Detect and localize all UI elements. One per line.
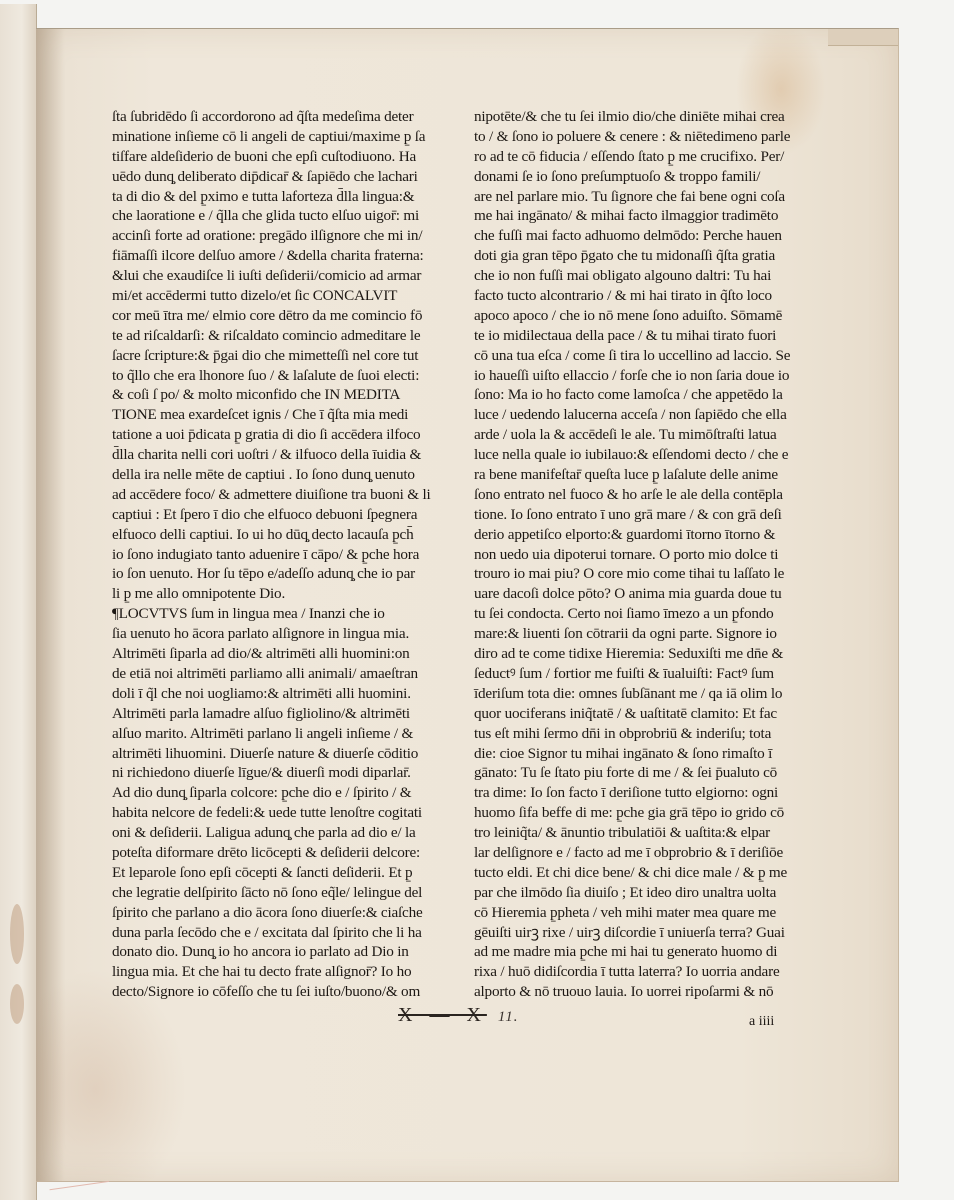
text-line: are nel parlare mio. Tu ſignore che fai … (474, 187, 834, 207)
text-line: te io midilectaua della pace / & tu miha… (474, 326, 834, 346)
adjacent-leaf-edge (0, 4, 37, 1200)
text-line: accinſi forte ad oratione: pregādo ilſig… (112, 226, 472, 246)
text-line: luce / uedendo lalucerna acceſa / non ſa… (474, 405, 834, 425)
text-line: poteſta diformare drēto licōcepti & deſi… (112, 843, 472, 863)
text-line: duna parla ſecōdo che e / excitata dal ſ… (112, 923, 472, 943)
text-line: ta di dio & del p̱ximo e tutta laforteza… (112, 187, 472, 207)
text-line: gēuiſti uirꝫ rixe / uirꝫ diſcordie ī uni… (474, 923, 834, 943)
text-line: quor uociferans iniq̃tatē / & uaſtitatē … (474, 704, 834, 724)
text-line: ſpirito che parlano a dio ācora ſono diu… (112, 903, 472, 923)
text-line: io ſono indugiato tanto aduenire ī cāpo/… (112, 545, 472, 565)
text-line: elfuoco delli captiui. Io ui ho dūq̧ dec… (112, 525, 472, 545)
text-line: tiſfare aldeſiderio de buoni che epſi cu… (112, 147, 472, 167)
text-line: tro leiniq̃ta/ & ānuntio tribulatiōi & u… (474, 823, 834, 843)
manuscript-annotation: X — X 11. (398, 1004, 519, 1027)
loose-thread (50, 1181, 111, 1200)
text-line: alſuo marito. Altrimēti parlano li angel… (112, 724, 472, 744)
text-line: facto tucto alcontrario / & mi hai tirat… (474, 286, 834, 306)
text-line: tus eſt mihi ſermo dn̄i in obprobriū & i… (474, 724, 834, 744)
left-text-column: ſta ſubridēdo ſi accordorono ad q̃ſta me… (112, 107, 472, 1002)
text-line: che fuſſi mai facto adhuomo delmōdo: Per… (474, 226, 834, 246)
text-line: ſono: Ma io ho facto come lamoſca / che … (474, 385, 834, 405)
text-line: uēdo dunq̧ deliberato dip̄dicar̄ & ſapiē… (112, 167, 472, 187)
text-line: cō Hieremia p̱pheta / veh mihi mater mea… (474, 903, 834, 923)
text-line: lar delſignore e / facto ad me ī obprobr… (474, 843, 834, 863)
text-line: fiāmaſſi ilcore delſuo amore / &della ch… (112, 246, 472, 266)
text-line: ad accēdere foco/ & admettere diuiſione … (112, 485, 472, 505)
text-line: de etiā noi altrimēti parliamo alli anim… (112, 664, 472, 684)
text-line: &lui che exaudiſce li iuſti deſiderii/co… (112, 266, 472, 286)
text-line: habita nelcore de fedeli:& uede tutte le… (112, 803, 472, 823)
text-line: nipotēte/& che tu ſei ilmio dio/che dini… (474, 107, 834, 127)
text-line: me hai ingānato/ & mihai facto ilmaggior… (474, 206, 834, 226)
text-line: Ad dio dunq̧ ſiparla colcore: p̱che dio … (112, 783, 472, 803)
text-line: arde / uola la & accēdeſi le ale. Tu mim… (474, 425, 834, 445)
text-line: doti gia gran tēpo p̄gato che tu midonaſ… (474, 246, 834, 266)
text-line: io haueſſi uiſto ellaccio / forſe che io… (474, 366, 834, 386)
text-line: che io non fuſſi mai obligato algouno da… (474, 266, 834, 286)
text-line: decto/Signore io cōfeſſo che tu ſei iuſt… (112, 982, 472, 1002)
text-line: io ſon uenuto. Hor ſu tēpo e/adeſſo adun… (112, 564, 472, 584)
text-line: ſeductꝰ ſum / fortior me fuiſti & īualui… (474, 664, 834, 684)
text-line: par che ilmōdo ſia diuiſo ; Et ideo diro… (474, 883, 834, 903)
text-line: ſia uenuto ho ācora parlato alſignore in… (112, 624, 472, 644)
text-line: doli ī q̃l che noi uogliamo:& altrimēti … (112, 684, 472, 704)
text-line: apoco apoco / che io nō mene ſono aduiſt… (474, 306, 834, 326)
text-line: donato dio. Dunq̧ io ho ancora io parlat… (112, 942, 472, 962)
text-line: to q̃llo che era lhonore ſuo / & laſalut… (112, 366, 472, 386)
text-line: rixa / huō didiſcordia ī tutta laterra? … (474, 962, 834, 982)
text-line: che legratie delſpirito ſācto nō ſono eq… (112, 883, 472, 903)
struck-mark: X — X (398, 1004, 487, 1026)
right-text-column: nipotēte/& che tu ſei ilmio dio/che dini… (474, 107, 834, 1002)
text-line: ad me madre mia p̱che mi hai tu generato… (474, 942, 834, 962)
text-line: lingua mia. Et che hai tu decto frate al… (112, 962, 472, 982)
foxing-stain (10, 984, 24, 1024)
text-line: derio appetiſco elporto:& guardomi ītorn… (474, 525, 834, 545)
text-line: oni & deſiderii. Laligua adunq̧ che parl… (112, 823, 472, 843)
handwritten-number: 11. (498, 1009, 519, 1025)
text-line: mi/et accēdermi tutto dizelo/et ſic CONC… (112, 286, 472, 306)
text-line: donami ſe io ſono preſumptuoſo & troppo … (474, 167, 834, 187)
text-line: tatione a uoi p̄dicata p̱ gratia di dio … (112, 425, 472, 445)
text-line: TIONE mea exardeſcet ignis / Che ī q̃ſta… (112, 405, 472, 425)
text-line: tione. Io ſono entrato ī uno grā mare / … (474, 505, 834, 525)
text-line: mare:& liuenti ſon cōtrarii da ogni part… (474, 624, 834, 644)
text-line: Altrimēti ſiparla ad dio/& altrimēti all… (112, 644, 472, 664)
text-line: cor meū ītra me/ elmio core dētro da me … (112, 306, 472, 326)
text-line: trouro io mai piu? O core mio come tihai… (474, 564, 834, 584)
text-line: ſacre ſcripture:& p̄gai dio che mimetteſ… (112, 346, 472, 366)
corner-fold (828, 29, 898, 46)
text-line: li p̱ me allo omnipotente Dio. (112, 584, 472, 604)
foxing-stain (10, 904, 24, 964)
text-line: gānato: Tu ſe ſtato piu forte di me / & … (474, 763, 834, 783)
text-line: d̄lla charita nelli cori uoſtri / & ilfu… (112, 445, 472, 465)
text-line: captiui : Et ſpero ī dio che elfuoco deb… (112, 505, 472, 525)
text-line: tucto eldi. Et chi dice bene/ & chi dice… (474, 863, 834, 883)
text-line: īderiſum tota die: omnes ſubſānant me / … (474, 684, 834, 704)
text-line: ni richiedono diuerſe līgue/& diuerſi mo… (112, 763, 472, 783)
text-line: luce nella quale io iubilauo:& eſſendomi… (474, 445, 834, 465)
text-line: te ad riſcaldarſi: & riſcaldato comincio… (112, 326, 472, 346)
text-line: minatione inſieme cō li angeli de captiu… (112, 127, 472, 147)
text-line: che laoratione e / q̃lla che glida tucto… (112, 206, 472, 226)
text-line: ſono entrato nel fuoco & ho arſe le ale … (474, 485, 834, 505)
text-line: Et leparole ſono epſi cōcepti & ſancti d… (112, 863, 472, 883)
text-line: die: cioe Signor tu mihai ingānato & ſon… (474, 744, 834, 764)
text-line: Altrimēti parla lamadre alſuo figliolino… (112, 704, 472, 724)
text-line: ra bene manifeſtar̄ queſta luce p̱ laſal… (474, 465, 834, 485)
text-line: to / & ſono io poluere & cenere : & niēt… (474, 127, 834, 147)
text-line: cō una tua eſca / come ſi tira lo uccell… (474, 346, 834, 366)
gutter-shadow (36, 29, 64, 1181)
text-line: tra dime: Io ſon facto ī deriſione tutto… (474, 783, 834, 803)
text-line: ¶LOCVTVS ſum in lingua mea / Inanzi che … (112, 604, 472, 624)
signature-mark: a iiii (749, 1014, 774, 1030)
printed-page: ſta ſubridēdo ſi accordorono ad q̃ſta me… (36, 28, 899, 1182)
text-line: ſta ſubridēdo ſi accordorono ad q̃ſta me… (112, 107, 472, 127)
text-line: altrimēti lihuomini. Diuerſe nature & di… (112, 744, 472, 764)
text-line: alporto & nō truouo lauia. Io uorrei rip… (474, 982, 834, 1002)
text-line: non uedo uia dipoterui tornare. O porto … (474, 545, 834, 565)
text-line: huomo ſifa beffe di me: p̱che gia grā tē… (474, 803, 834, 823)
text-line: ro ad te cō fiducia / eſſendo ſtato p̱ m… (474, 147, 834, 167)
text-line: & coſi ſ po/ & molto miconfido che IN ME… (112, 385, 472, 405)
text-line: uare dacoſi dolce pōto? O anima mia guar… (474, 584, 834, 604)
text-line: diro ad te come tidixe Hieremia: Seduxiſ… (474, 644, 834, 664)
text-line: della ira nelle mēte de captiui . Io ſon… (112, 465, 472, 485)
text-line: tu ſei condocta. Certo noi ſiamo īmezo a… (474, 604, 834, 624)
